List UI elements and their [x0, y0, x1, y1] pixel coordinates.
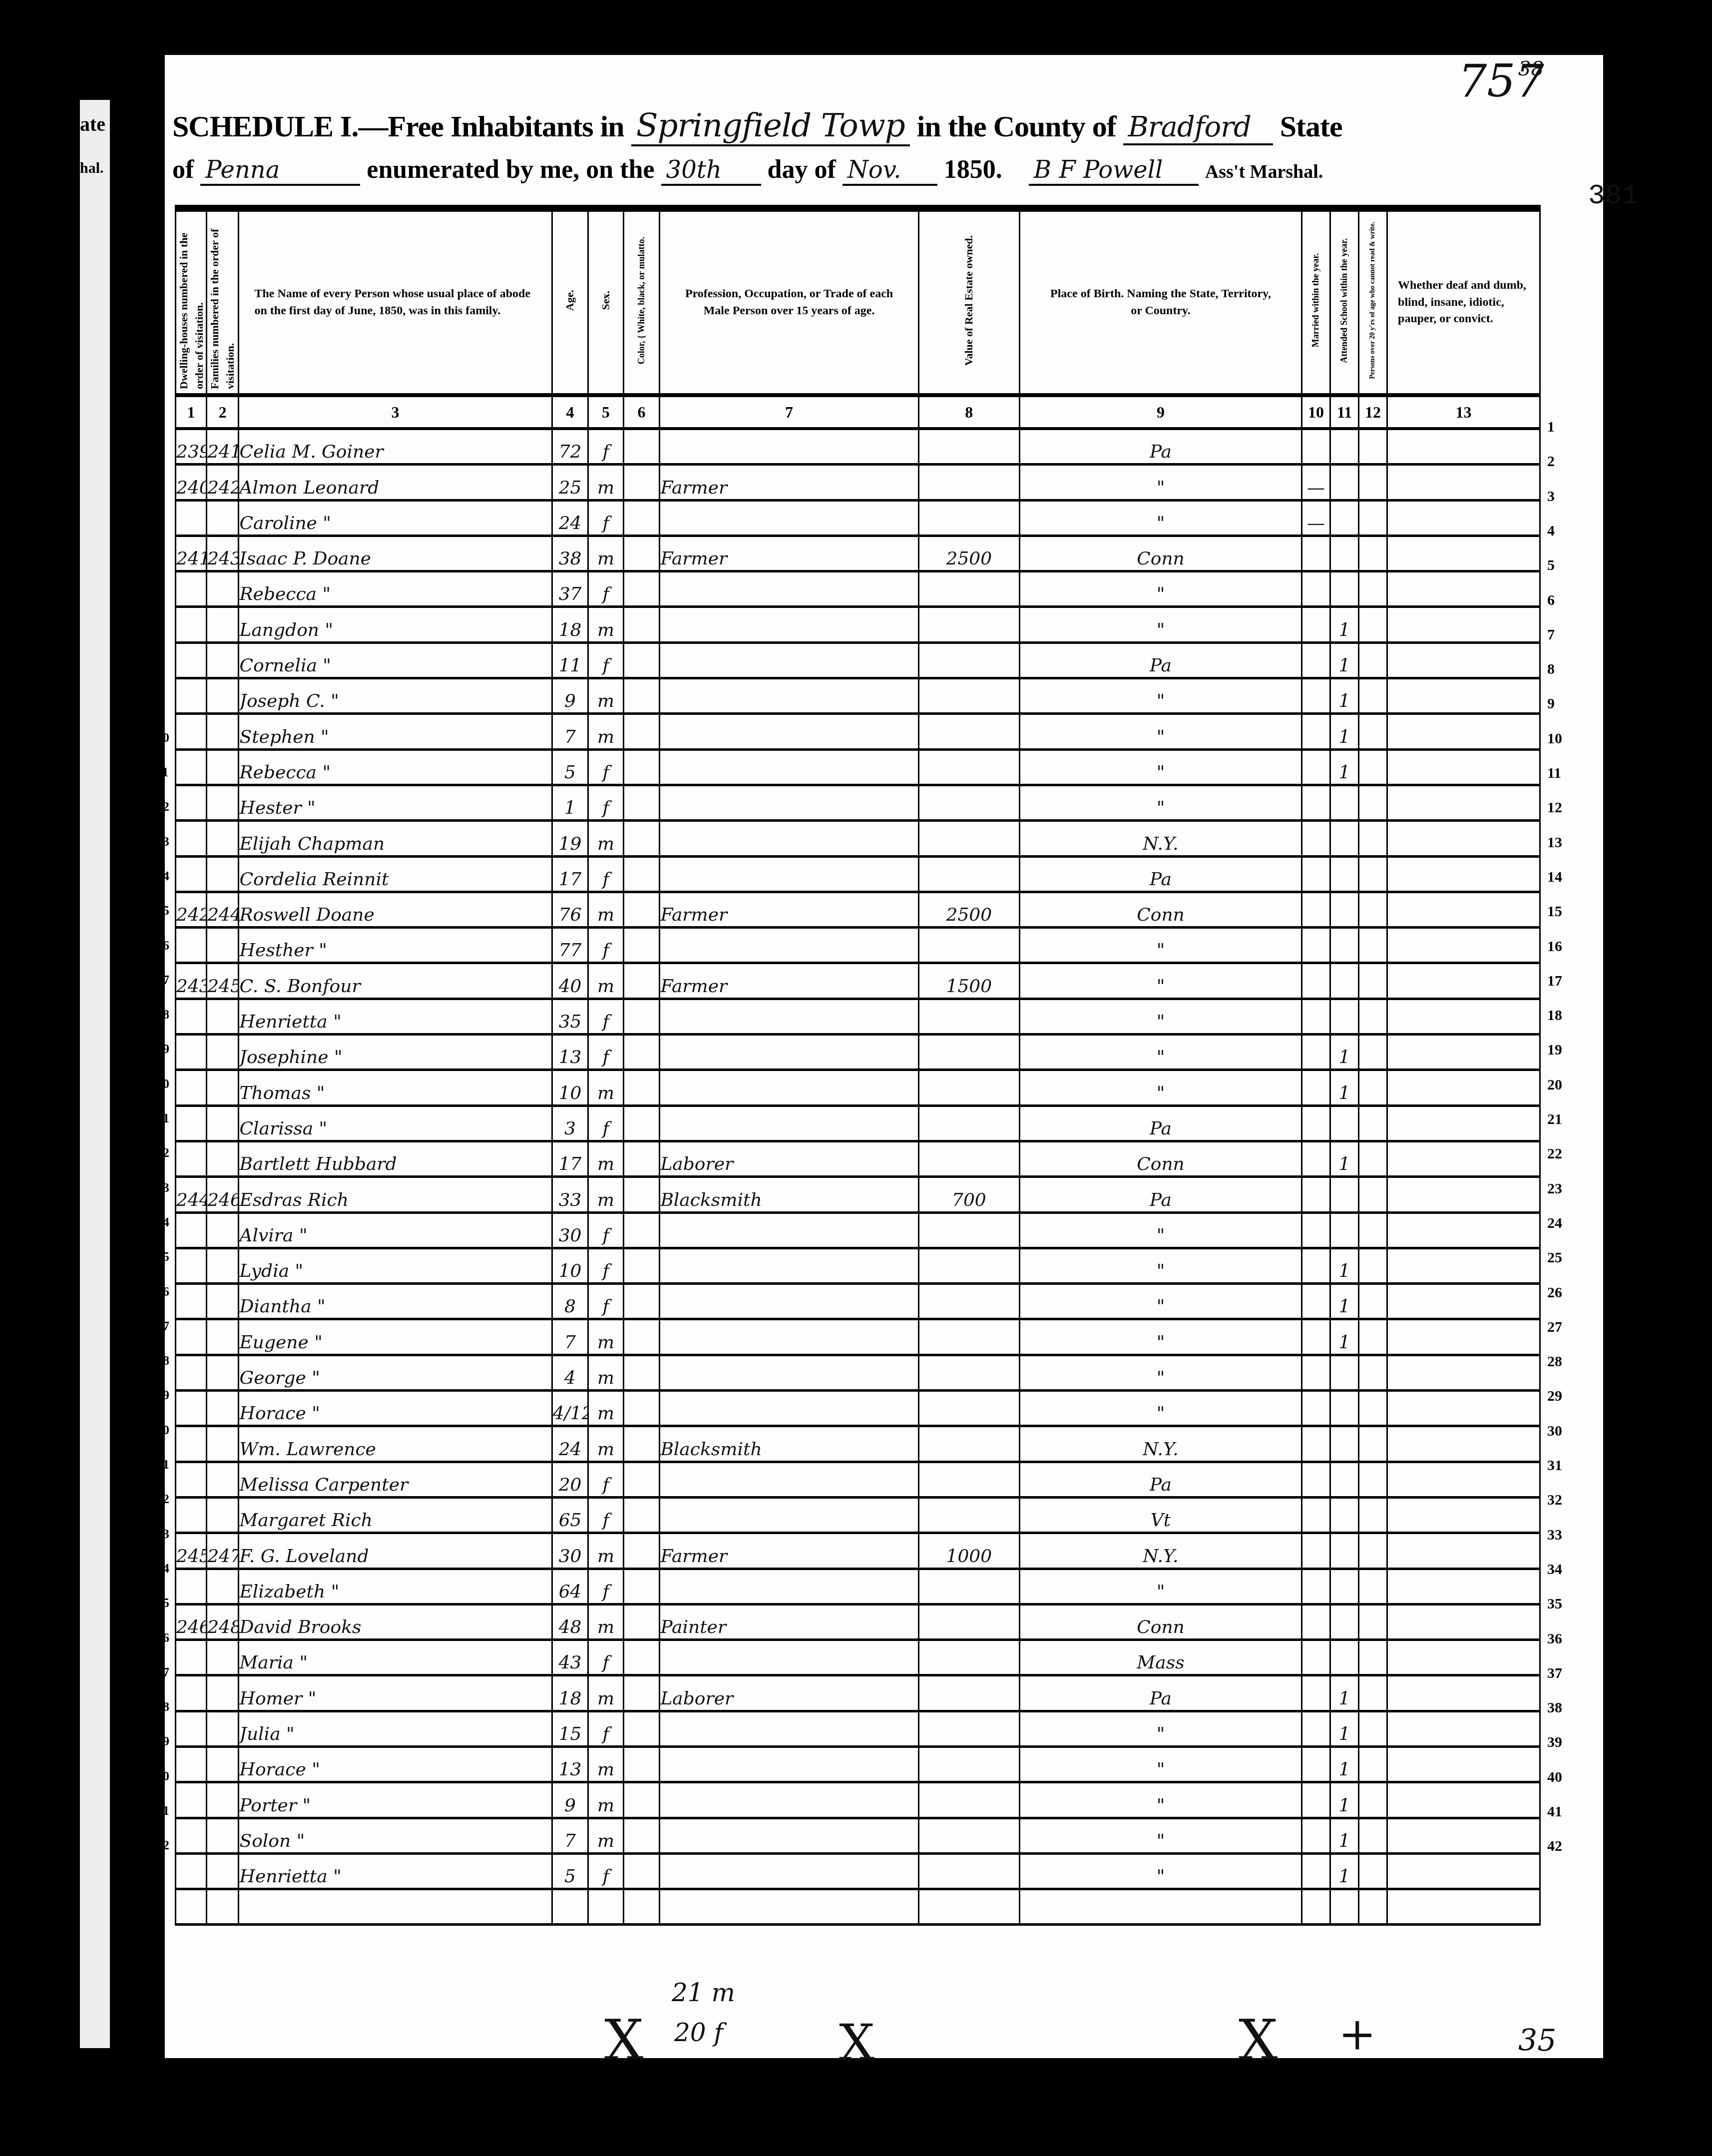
- cannot-read-write-cell: [1359, 1497, 1387, 1533]
- line-number: 16: [1547, 938, 1562, 955]
- year: 1850.: [944, 155, 1002, 184]
- dwelling-number-cell: [176, 1212, 207, 1248]
- person-name-cell: Thomas ": [239, 1070, 552, 1105]
- occupation-cell: [660, 1569, 918, 1604]
- sex-cell: m: [588, 1782, 624, 1818]
- disability-cell: [1387, 1640, 1540, 1675]
- line-number: 28: [1547, 1353, 1562, 1370]
- table-row: Solon "7m"1: [176, 1818, 1540, 1853]
- married-within-year-cell: [1302, 1889, 1330, 1925]
- dwelling-number-cell: [176, 571, 207, 607]
- dwelling-number-cell: [176, 714, 207, 749]
- occupation-cell: [660, 607, 918, 642]
- line-number-left: 39: [156, 1734, 169, 1749]
- occupation-cell: [660, 1248, 918, 1283]
- occupation-cell: [660, 678, 918, 714]
- birthplace-cell: ": [1019, 1035, 1301, 1070]
- table-row: Cordelia Reinnit17fPa: [176, 856, 1540, 892]
- color-cell: [623, 1675, 660, 1711]
- cannot-read-write-cell: [1359, 642, 1387, 678]
- birthplace-cell: ": [1019, 928, 1301, 963]
- birthplace-cell: Pa: [1019, 642, 1301, 678]
- real-estate-value-cell: [918, 856, 1019, 892]
- birthplace-cell: ": [1019, 678, 1301, 714]
- marshal-signature: B F Powell: [1029, 156, 1199, 186]
- real-estate-value-cell: [918, 678, 1019, 714]
- family-number-cell: 246: [207, 1177, 239, 1212]
- person-name-cell: Hesther ": [239, 928, 552, 963]
- occupation-cell: Laborer: [660, 1141, 918, 1176]
- married-within-year-cell: [1302, 1711, 1330, 1746]
- col-header-sex: Sex.: [588, 208, 624, 395]
- family-number-cell: 245: [207, 963, 239, 999]
- table-row: 245247F. G. Loveland30mFarmer1000N.Y.: [176, 1533, 1540, 1569]
- occupation-cell: [660, 749, 918, 785]
- family-number-cell: [207, 1675, 239, 1711]
- township-field: Springfield Towp: [631, 107, 910, 146]
- family-number-cell: [207, 1497, 239, 1533]
- line-number: 42: [1547, 1838, 1562, 1855]
- table-row: Margaret Rich65fVt: [176, 1497, 1540, 1533]
- family-number-cell: [207, 607, 239, 642]
- person-name-cell: [239, 1889, 552, 1925]
- family-number-cell: [207, 749, 239, 785]
- real-estate-value-cell: [918, 1212, 1019, 1248]
- real-estate-value-cell: [918, 1426, 1019, 1462]
- family-number-cell: 241: [207, 429, 239, 465]
- col-header-occupation: Profession, Occupation, or Trade of each…: [660, 208, 918, 395]
- birthplace-cell: Pa: [1019, 429, 1301, 465]
- birthplace-cell: ": [1019, 1355, 1301, 1390]
- age-cell: [552, 1889, 588, 1925]
- line-number-left: 17: [156, 973, 169, 988]
- age-cell: 5: [552, 1853, 588, 1889]
- table-row: Eugene "7m"1: [176, 1319, 1540, 1355]
- birthplace-cell: ": [1019, 1319, 1301, 1355]
- table-row: Julia "15f"1: [176, 1711, 1540, 1746]
- table-row: Henrietta "5f"1: [176, 1853, 1540, 1889]
- col-header-married: Married within the year.: [1302, 208, 1330, 395]
- line-number: 30: [1547, 1423, 1562, 1440]
- sex-cell: m: [588, 1391, 624, 1426]
- person-name-cell: David Brooks: [239, 1604, 552, 1639]
- family-number-cell: [207, 571, 239, 607]
- age-cell: 18: [552, 607, 588, 642]
- sex-cell: m: [588, 678, 624, 714]
- col-num: 1: [176, 395, 207, 429]
- line-number: 29: [1547, 1388, 1562, 1405]
- occupation-cell: [660, 1462, 918, 1497]
- married-within-year-cell: [1302, 1141, 1330, 1176]
- attended-school-cell: 1: [1330, 1746, 1359, 1782]
- occupation-cell: [660, 1070, 918, 1105]
- sex-cell: f: [588, 1569, 624, 1604]
- family-number-cell: [207, 1782, 239, 1818]
- table-row: Alvira "30f": [176, 1212, 1540, 1248]
- age-cell: 7: [552, 714, 588, 749]
- dwelling-number-cell: [176, 1426, 207, 1462]
- line-number: 41: [1547, 1803, 1562, 1820]
- age-cell: 4/12: [552, 1391, 588, 1426]
- color-cell: [623, 785, 660, 820]
- married-within-year-cell: [1302, 856, 1330, 892]
- check-mark-x: X: [839, 2013, 874, 2072]
- cannot-read-write-cell: [1359, 749, 1387, 785]
- married-within-year-cell: [1302, 1426, 1330, 1462]
- attended-school-cell: [1330, 465, 1359, 500]
- birthplace-cell: ": [1019, 1818, 1301, 1853]
- table-row: 246248David Brooks48mPainterConn: [176, 1604, 1540, 1639]
- occupation-cell: [660, 1391, 918, 1426]
- occupation-cell: [660, 642, 918, 678]
- family-number-cell: [207, 856, 239, 892]
- dwelling-number-cell: [176, 1782, 207, 1818]
- occupation-cell: [660, 1818, 918, 1853]
- age-cell: 11: [552, 642, 588, 678]
- table-row: Hesther "77f": [176, 928, 1540, 963]
- dwelling-number-cell: [176, 1462, 207, 1497]
- line-number: 39: [1547, 1734, 1562, 1751]
- color-cell: [623, 1818, 660, 1853]
- table-row: Lydia "10f"1: [176, 1248, 1540, 1283]
- person-name-cell: Wm. Lawrence: [239, 1426, 552, 1462]
- age-cell: 7: [552, 1818, 588, 1853]
- occupation-cell: [660, 429, 918, 465]
- occupation-cell: [660, 928, 918, 963]
- attended-school-cell: 1: [1330, 1782, 1359, 1818]
- line-number-left: 9: [156, 695, 163, 710]
- married-within-year-cell: [1302, 1746, 1330, 1782]
- color-cell: [623, 571, 660, 607]
- family-number-cell: [207, 1853, 239, 1889]
- line-number-left: 14: [156, 869, 169, 884]
- attended-school-cell: [1330, 1604, 1359, 1639]
- line-number: 22: [1547, 1145, 1562, 1162]
- table-row: Wm. Lawrence24mBlacksmithN.Y.: [176, 1426, 1540, 1462]
- real-estate-value-cell: 700: [918, 1177, 1019, 1212]
- sex-cell: m: [588, 1070, 624, 1105]
- color-cell: [623, 1853, 660, 1889]
- color-cell: [623, 1604, 660, 1639]
- table-row: 240242Almon Leonard25mFarmer"—: [176, 465, 1540, 500]
- line-number-left: 15: [156, 903, 169, 918]
- birthplace-cell: Pa: [1019, 1177, 1301, 1212]
- real-estate-value-cell: [918, 1248, 1019, 1283]
- age-cell: 13: [552, 1746, 588, 1782]
- color-cell: [623, 1533, 660, 1569]
- color-cell: [623, 714, 660, 749]
- married-within-year-cell: [1302, 999, 1330, 1034]
- line-number: 9: [1547, 695, 1555, 712]
- cannot-read-write-cell: [1359, 1141, 1387, 1176]
- person-name-cell: Rebecca ": [239, 571, 552, 607]
- line-number: 8: [1547, 661, 1555, 678]
- real-estate-value-cell: [918, 1782, 1019, 1818]
- birthplace-cell: Vt: [1019, 1497, 1301, 1533]
- line-number: 15: [1547, 903, 1562, 920]
- birthplace-cell: ": [1019, 571, 1301, 607]
- col-num: 2: [207, 395, 239, 429]
- disability-cell: [1387, 642, 1540, 678]
- family-number-cell: [207, 1035, 239, 1070]
- person-name-cell: Julia ": [239, 1711, 552, 1746]
- state-field: Penna: [200, 156, 360, 186]
- married-within-year-cell: [1302, 1818, 1330, 1853]
- person-name-cell: Elizabeth ": [239, 1569, 552, 1604]
- birthplace-cell: Pa: [1019, 1105, 1301, 1141]
- person-name-cell: Joseph C. ": [239, 678, 552, 714]
- person-name-cell: Solon ": [239, 1818, 552, 1853]
- occupation-cell: [660, 821, 918, 856]
- sex-cell: f: [588, 1248, 624, 1283]
- sex-cell: f: [588, 1284, 624, 1319]
- age-cell: 19: [552, 821, 588, 856]
- sex-cell: f: [588, 500, 624, 536]
- real-estate-value-cell: [918, 1711, 1019, 1746]
- real-estate-value-cell: 1500: [918, 963, 1019, 999]
- disability-cell: [1387, 821, 1540, 856]
- table-row: Elijah Chapman19mN.Y.: [176, 821, 1540, 856]
- table-row: 243245C. S. Bonfour40mFarmer1500": [176, 963, 1540, 999]
- person-name-cell: Margaret Rich: [239, 1497, 552, 1533]
- attended-school-cell: 1: [1330, 1711, 1359, 1746]
- attended-school-cell: 1: [1330, 678, 1359, 714]
- real-estate-value-cell: [918, 1355, 1019, 1390]
- sex-cell: f: [588, 856, 624, 892]
- marshal-label: Ass't Marshal.: [1205, 161, 1323, 182]
- table-row: 241243Isaac P. Doane38mFarmer2500Conn: [176, 536, 1540, 571]
- color-cell: [623, 1141, 660, 1176]
- age-cell: 9: [552, 678, 588, 714]
- cannot-read-write-cell: [1359, 1462, 1387, 1497]
- corner-number: 38: [1518, 57, 1544, 80]
- color-cell: [623, 1497, 660, 1533]
- attended-school-cell: [1330, 1889, 1359, 1925]
- birthplace-cell: ": [1019, 1711, 1301, 1746]
- married-within-year-cell: [1302, 1355, 1330, 1390]
- color-cell: [623, 1569, 660, 1604]
- dwelling-number-cell: [176, 1889, 207, 1925]
- table-row: Cornelia "11fPa1: [176, 642, 1540, 678]
- cannot-read-write-cell: [1359, 928, 1387, 963]
- disability-cell: [1387, 1212, 1540, 1248]
- occupation-cell: [660, 571, 918, 607]
- person-name-cell: Lydia ": [239, 1248, 552, 1283]
- birthplace-cell: ": [1019, 749, 1301, 785]
- attended-school-cell: [1330, 963, 1359, 999]
- family-number-cell: [207, 1889, 239, 1925]
- birthplace-cell: Conn: [1019, 892, 1301, 927]
- line-number-left: 34: [156, 1561, 169, 1576]
- sex-cell: m: [588, 1746, 624, 1782]
- real-estate-value-cell: [918, 642, 1019, 678]
- adjacent-page-state-fragment: ate: [80, 112, 105, 136]
- line-number: 35: [1547, 1596, 1562, 1613]
- married-within-year-cell: [1302, 821, 1330, 856]
- person-name-cell: C. S. Bonfour: [239, 963, 552, 999]
- attended-school-cell: [1330, 892, 1359, 927]
- cannot-read-write-cell: [1359, 1248, 1387, 1283]
- attended-school-cell: 1: [1330, 749, 1359, 785]
- line-number: 21: [1547, 1111, 1562, 1128]
- person-name-cell: Homer ": [239, 1675, 552, 1711]
- line-number-left: 23: [156, 1180, 169, 1195]
- table-row: Diantha "8f"1: [176, 1284, 1540, 1319]
- real-estate-value-cell: 1000: [918, 1533, 1019, 1569]
- age-cell: 15: [552, 1711, 588, 1746]
- table-row: Stephen "7m"1: [176, 714, 1540, 749]
- color-cell: [623, 856, 660, 892]
- line-number: 36: [1547, 1630, 1562, 1647]
- cannot-read-write-cell: [1359, 1569, 1387, 1604]
- line-number: 40: [1547, 1769, 1562, 1786]
- birthplace-cell: ": [1019, 1212, 1301, 1248]
- disability-cell: [1387, 465, 1540, 500]
- sex-cell: f: [588, 1711, 624, 1746]
- married-within-year-cell: [1302, 429, 1330, 465]
- color-cell: [623, 1746, 660, 1782]
- family-number-cell: [207, 1248, 239, 1283]
- sex-cell: [588, 1889, 624, 1925]
- line-number-left: 13: [156, 834, 169, 849]
- attended-school-cell: [1330, 856, 1359, 892]
- sex-cell: m: [588, 536, 624, 571]
- real-estate-value-cell: [918, 1105, 1019, 1141]
- attended-school-cell: [1330, 1355, 1359, 1390]
- dwelling-number-cell: [176, 1818, 207, 1853]
- attended-school-cell: 1: [1330, 1675, 1359, 1711]
- person-name-cell: Bartlett Hubbard: [239, 1141, 552, 1176]
- person-name-cell: Horace ": [239, 1746, 552, 1782]
- person-name-cell: Langdon ": [239, 607, 552, 642]
- sex-cell: m: [588, 1604, 624, 1639]
- disability-cell: [1387, 678, 1540, 714]
- married-within-year-cell: [1302, 963, 1330, 999]
- age-cell: 24: [552, 1426, 588, 1462]
- cannot-read-write-cell: [1359, 1818, 1387, 1853]
- birthplace-cell: Pa: [1019, 1675, 1301, 1711]
- col-header-dwelling: Dwelling-houses numbered in the order of…: [176, 208, 207, 395]
- color-cell: [623, 500, 660, 536]
- dwelling-number-cell: [176, 1319, 207, 1355]
- line-number: 17: [1547, 973, 1562, 990]
- person-name-cell: Elijah Chapman: [239, 821, 552, 856]
- column-numbers: 1 2 3 4 5 6 7 8 9 10 11 12 13: [176, 395, 1540, 429]
- col-header-illiterate: Persons over 20 y'rs of age who cannot r…: [1359, 208, 1387, 395]
- real-estate-value-cell: [918, 999, 1019, 1034]
- col-num: 8: [918, 395, 1019, 429]
- disability-cell: [1387, 1355, 1540, 1390]
- birthplace-cell: ": [1019, 1391, 1301, 1426]
- disability-cell: [1387, 1426, 1540, 1462]
- sex-cell: m: [588, 607, 624, 642]
- dwelling-number-cell: [176, 1640, 207, 1675]
- dwelling-number-cell: [176, 1711, 207, 1746]
- line-number-left: 33: [156, 1527, 169, 1542]
- color-cell: [623, 963, 660, 999]
- person-name-cell: Josephine ": [239, 1035, 552, 1070]
- disability-cell: [1387, 1782, 1540, 1818]
- col-header-age: Age.: [552, 208, 588, 395]
- family-number-cell: [207, 999, 239, 1034]
- col-header-name: The Name of every Person whose usual pla…: [239, 208, 552, 395]
- cannot-read-write-cell: [1359, 465, 1387, 500]
- real-estate-value-cell: [918, 1889, 1019, 1925]
- age-cell: 7: [552, 1319, 588, 1355]
- sex-cell: f: [588, 571, 624, 607]
- line-number-left: 30: [156, 1423, 169, 1438]
- sex-cell: m: [588, 1675, 624, 1711]
- color-cell: [623, 821, 660, 856]
- disability-cell: [1387, 1569, 1540, 1604]
- age-cell: 30: [552, 1212, 588, 1248]
- col-header-real-estate: Value of Real Estate owned.: [918, 208, 1019, 395]
- cannot-read-write-cell: [1359, 1391, 1387, 1426]
- line-number-left: 42: [156, 1838, 169, 1853]
- line-number: 32: [1547, 1492, 1562, 1509]
- real-estate-value-cell: [918, 1604, 1019, 1639]
- family-number-cell: [207, 1569, 239, 1604]
- table-row: Thomas "10m"1: [176, 1070, 1540, 1105]
- family-number-cell: [207, 500, 239, 536]
- cannot-read-write-cell: [1359, 1640, 1387, 1675]
- color-cell: [623, 536, 660, 571]
- real-estate-value-cell: 2500: [918, 536, 1019, 571]
- table-row: Homer "18mLaborerPa1: [176, 1675, 1540, 1711]
- family-number-cell: [207, 1070, 239, 1105]
- line-number-left: 26: [156, 1284, 169, 1299]
- married-within-year-cell: [1302, 536, 1330, 571]
- real-estate-value-cell: [918, 1391, 1019, 1426]
- disability-cell: [1387, 1319, 1540, 1355]
- line-number: 13: [1547, 834, 1562, 851]
- attended-school-cell: 1: [1330, 1035, 1359, 1070]
- real-estate-value-cell: [918, 821, 1019, 856]
- sex-cell: f: [588, 1640, 624, 1675]
- cannot-read-write-cell: [1359, 678, 1387, 714]
- cannot-read-write-cell: [1359, 571, 1387, 607]
- disability-cell: [1387, 999, 1540, 1034]
- cannot-read-write-cell: [1359, 607, 1387, 642]
- age-cell: 13: [552, 1035, 588, 1070]
- sex-cell: f: [588, 785, 624, 820]
- dwelling-number-cell: [176, 1141, 207, 1176]
- birthplace-cell: ": [1019, 1746, 1301, 1782]
- disability-cell: [1387, 963, 1540, 999]
- line-number: 5: [1547, 557, 1555, 574]
- age-cell: 17: [552, 1141, 588, 1176]
- occupation-cell: [660, 1782, 918, 1818]
- table-row: Elizabeth "64f": [176, 1569, 1540, 1604]
- dwelling-number-cell: [176, 1675, 207, 1711]
- real-estate-value-cell: [918, 1746, 1019, 1782]
- line-number-left: 18: [156, 1007, 169, 1022]
- line-number: 18: [1547, 1007, 1562, 1024]
- check-mark-x: X: [1239, 2008, 1278, 2072]
- occupation-cell: [660, 1035, 918, 1070]
- age-cell: 3: [552, 1105, 588, 1141]
- line-number: 37: [1547, 1665, 1562, 1682]
- line-number-left: 35: [156, 1596, 169, 1611]
- birthplace-cell: ": [1019, 1248, 1301, 1283]
- occupation-cell: [660, 1853, 918, 1889]
- table-row: Clarissa "3fPa: [176, 1105, 1540, 1141]
- person-name-cell: Cornelia ": [239, 642, 552, 678]
- attended-school-cell: [1330, 821, 1359, 856]
- family-number-cell: 247: [207, 1533, 239, 1569]
- occupation-cell: [660, 500, 918, 536]
- married-within-year-cell: [1302, 1284, 1330, 1319]
